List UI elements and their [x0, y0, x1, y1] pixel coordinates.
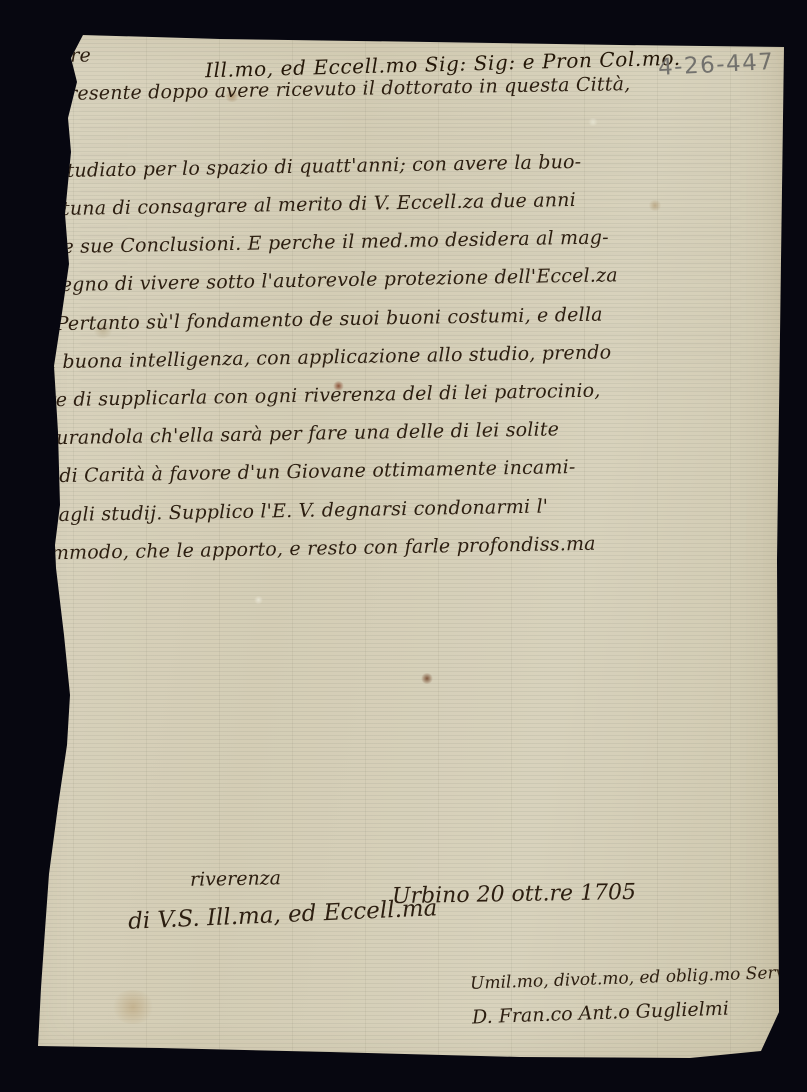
paper-edge-shading — [0, 0, 807, 1092]
manuscript-paper: Ill.mo, ed Eccell.mo Sig: Sig: e Pron Co… — [0, 0, 807, 1092]
photo-background: Ill.mo, ed Eccell.mo Sig: Sig: e Pron Co… — [0, 0, 807, 1092]
